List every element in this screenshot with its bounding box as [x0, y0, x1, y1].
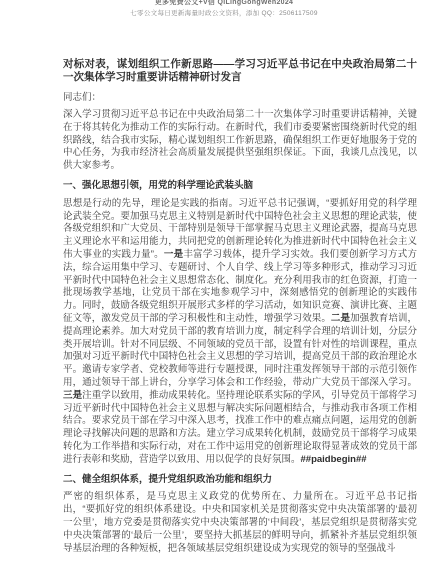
salutation: 同志们：: [63, 92, 417, 104]
document-page: 更多免费公文+V信 QiLingGongWen2024 七零公文每日更新海量时政…: [0, 0, 448, 580]
document-body: 对标对表，谋划组织工作新思路——学习习近平总书记在中央政治局第二十一次集体学习时…: [63, 58, 417, 555]
header-promo-line-2: 七零公文每日更新海量时政公文资料，添加 QQ：2506117509: [0, 10, 448, 18]
section-2-paragraph: 严密的组织体系，是马克思主义政党的优势所在、力量所在。习近平总书记指出，“要抓好…: [63, 491, 417, 555]
section-1-paragraph: 思想是行动的先导，理论是实践的指南。习近平总书记强调，“要抓好用党的科学理论武装…: [63, 198, 417, 467]
page-header: 更多免费公文+V信 QiLingGongWen2024 七零公文每日更新海量时政…: [0, 0, 448, 18]
document-title: 对标对表，谋划组织工作新思路——学习习近平总书记在中央政治局第二十一次集体学习时…: [63, 58, 417, 84]
section-1-marker-1: 一是: [164, 249, 184, 260]
paidbegin-tag: ##paidbegin##: [301, 454, 367, 465]
section-1-heading: 一、强化思想引领，用党的科学理论武装头脑: [63, 180, 417, 193]
intro-paragraph: 深入学习贯彻习近平总书记在中央政治局第二十一次集体学习时重要讲话精神，关键在于将…: [63, 109, 417, 173]
section-1-marker-3: 三是: [63, 390, 82, 401]
section-2-heading: 二、健全组织体系，提升党组织政治功能和组织力: [63, 474, 417, 487]
section-1-marker-2: 二是: [331, 313, 350, 324]
section-1-text-3: 加强教育培训，提高理论素养。加大对党员干部的教育培训力度，制定科学合理的培训计划…: [63, 313, 417, 388]
header-promo-line-1: 更多免费公文+V信 QiLingGongWen2024: [0, 0, 448, 7]
